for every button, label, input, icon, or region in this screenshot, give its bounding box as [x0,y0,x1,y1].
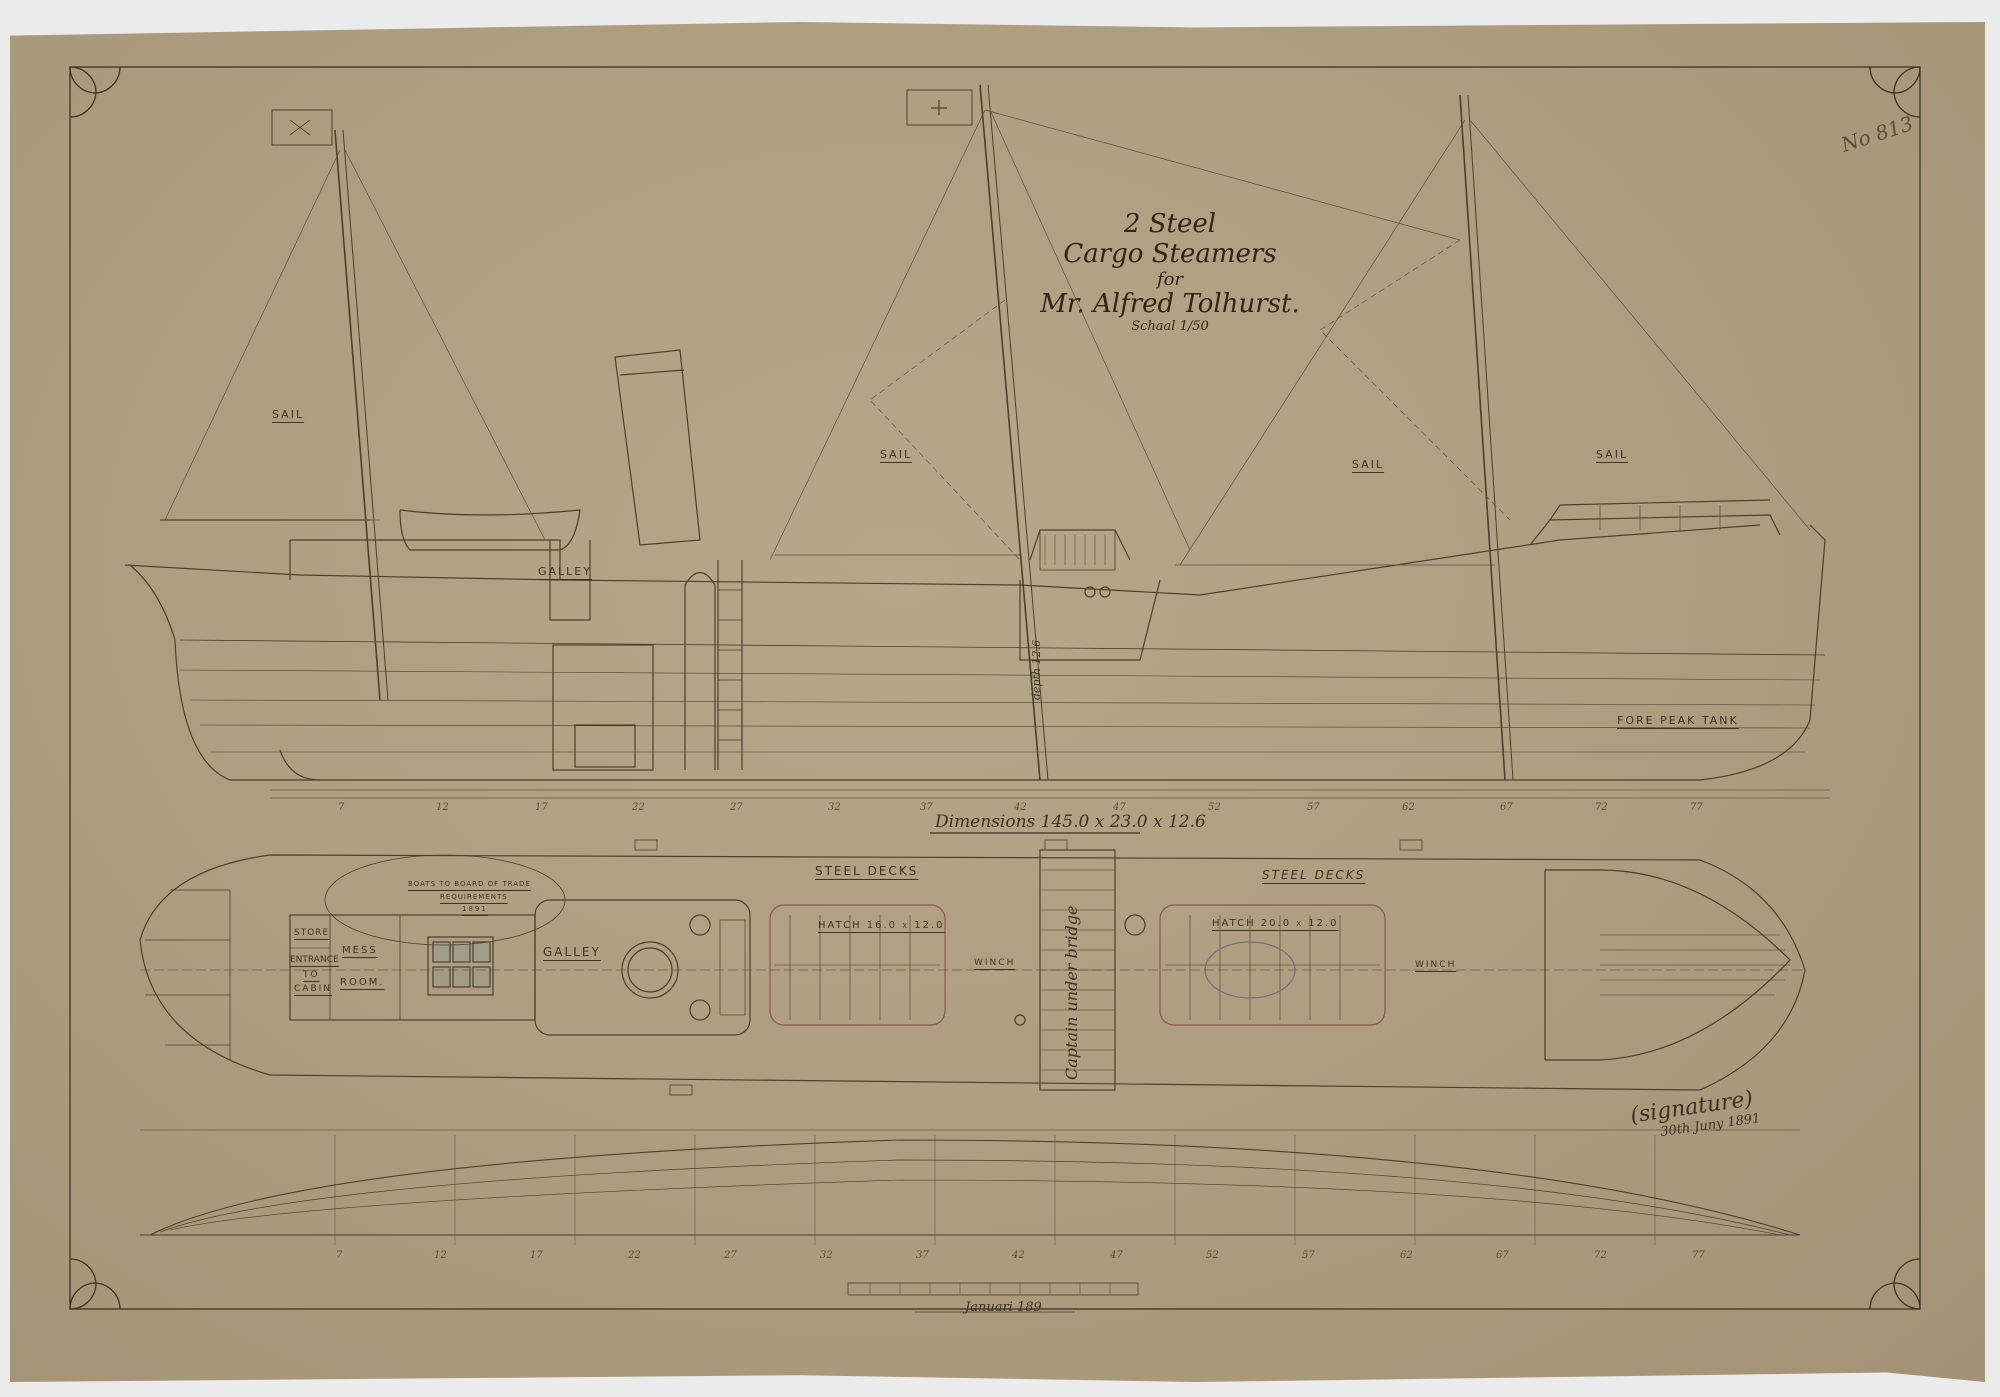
label-store: STORE [294,928,329,938]
label-galley-deck: GALLEY [543,945,601,959]
boats-note-3: 1891 [462,905,488,913]
scale-bar-caption: Januari 189 [965,1300,1042,1315]
half-breadth-view [140,1130,1800,1312]
station-label: 67 [1496,1250,1509,1261]
station-label: 67 [1500,802,1513,813]
label-hatch-1: HATCH 16.0 x 12.0 [818,920,944,931]
corner-ornament-tr [1870,67,1920,117]
label-hatch-2: HATCH 20.0 x 12.0 [1212,918,1338,929]
station-label: 47 [1110,1250,1123,1261]
station-label: 17 [535,802,548,813]
boats-note-2: REQUIREMENTS [440,893,508,901]
station-label: 32 [828,802,841,813]
station-label: 62 [1402,802,1415,813]
title-line-2: Cargo Steamers [1040,240,1300,270]
title-line-4: Mr. Alfred Tolhurst. [1040,290,1300,320]
station-label: 77 [1690,802,1703,813]
dimensions-label: Dimensions 145.0 x 23.0 x 12.6 [935,812,1206,832]
station-label: 37 [920,802,933,813]
label-winch-2: WINCH [1415,960,1456,970]
title-line-3: for [1040,270,1300,291]
corner-ornament-br [1870,1259,1920,1309]
station-label: 62 [1400,1250,1413,1261]
station-label: 22 [632,802,645,813]
boats-note-1: BOATS TO BOARD OF TRADE [408,880,531,888]
title-scale: Schaal 1/50 [1040,320,1300,335]
station-label: 7 [338,802,344,813]
label-mess: MESS [342,945,378,956]
label-cabin: CABIN [294,984,332,994]
label-fore-peak-tank: FORE PEAK TANK [1617,714,1739,727]
station-label: 17 [530,1250,543,1261]
label-room: ROOM. [340,977,385,988]
label-captain-under-bridge: Captain under bridge [1062,905,1081,1080]
ship-drawing [0,0,2000,1397]
title-line-1: 2 Steel [1040,210,1300,240]
profile-view [125,85,1825,780]
corner-ornament-tl [70,67,120,117]
label-galley-profile: GALLEY [538,565,592,578]
station-label: 57 [1307,802,1320,813]
label-winch-1: WINCH [974,958,1015,968]
station-label: 7 [336,1250,342,1261]
label-steel-decks-2: STEEL DECKS [1262,868,1365,882]
label-sail-fore-1: SAIL [1352,458,1384,471]
label-entrance: ENTRANCE [290,955,339,965]
station-label: 12 [436,802,449,813]
deck-plan-view [140,840,1805,1095]
label-to: TO [303,970,320,980]
station-label: 27 [730,802,743,813]
station-label: 72 [1594,1250,1607,1261]
title-block: 2 Steel Cargo Steamers for Mr. Alfred To… [1040,210,1300,335]
label-steel-decks-1: STEEL DECKS [815,864,918,878]
station-label: 32 [820,1250,833,1261]
label-sail-fore-2: SAIL [1596,448,1628,461]
station-label: 77 [1692,1250,1705,1261]
station-label: 22 [628,1250,641,1261]
station-label: 52 [1208,802,1221,813]
station-label: 42 [1012,1250,1025,1261]
station-label: 27 [724,1250,737,1261]
station-label: 72 [1595,802,1608,813]
corner-ornament-bl [70,1259,120,1309]
label-sail-main: SAIL [880,448,912,461]
station-label: 52 [1206,1250,1219,1261]
station-label: 37 [916,1250,929,1261]
station-label: 57 [1302,1250,1315,1261]
station-label: 12 [434,1250,447,1261]
label-depth: depth 12.6 [1030,640,1043,700]
label-sail-aft: SAIL [272,408,304,421]
